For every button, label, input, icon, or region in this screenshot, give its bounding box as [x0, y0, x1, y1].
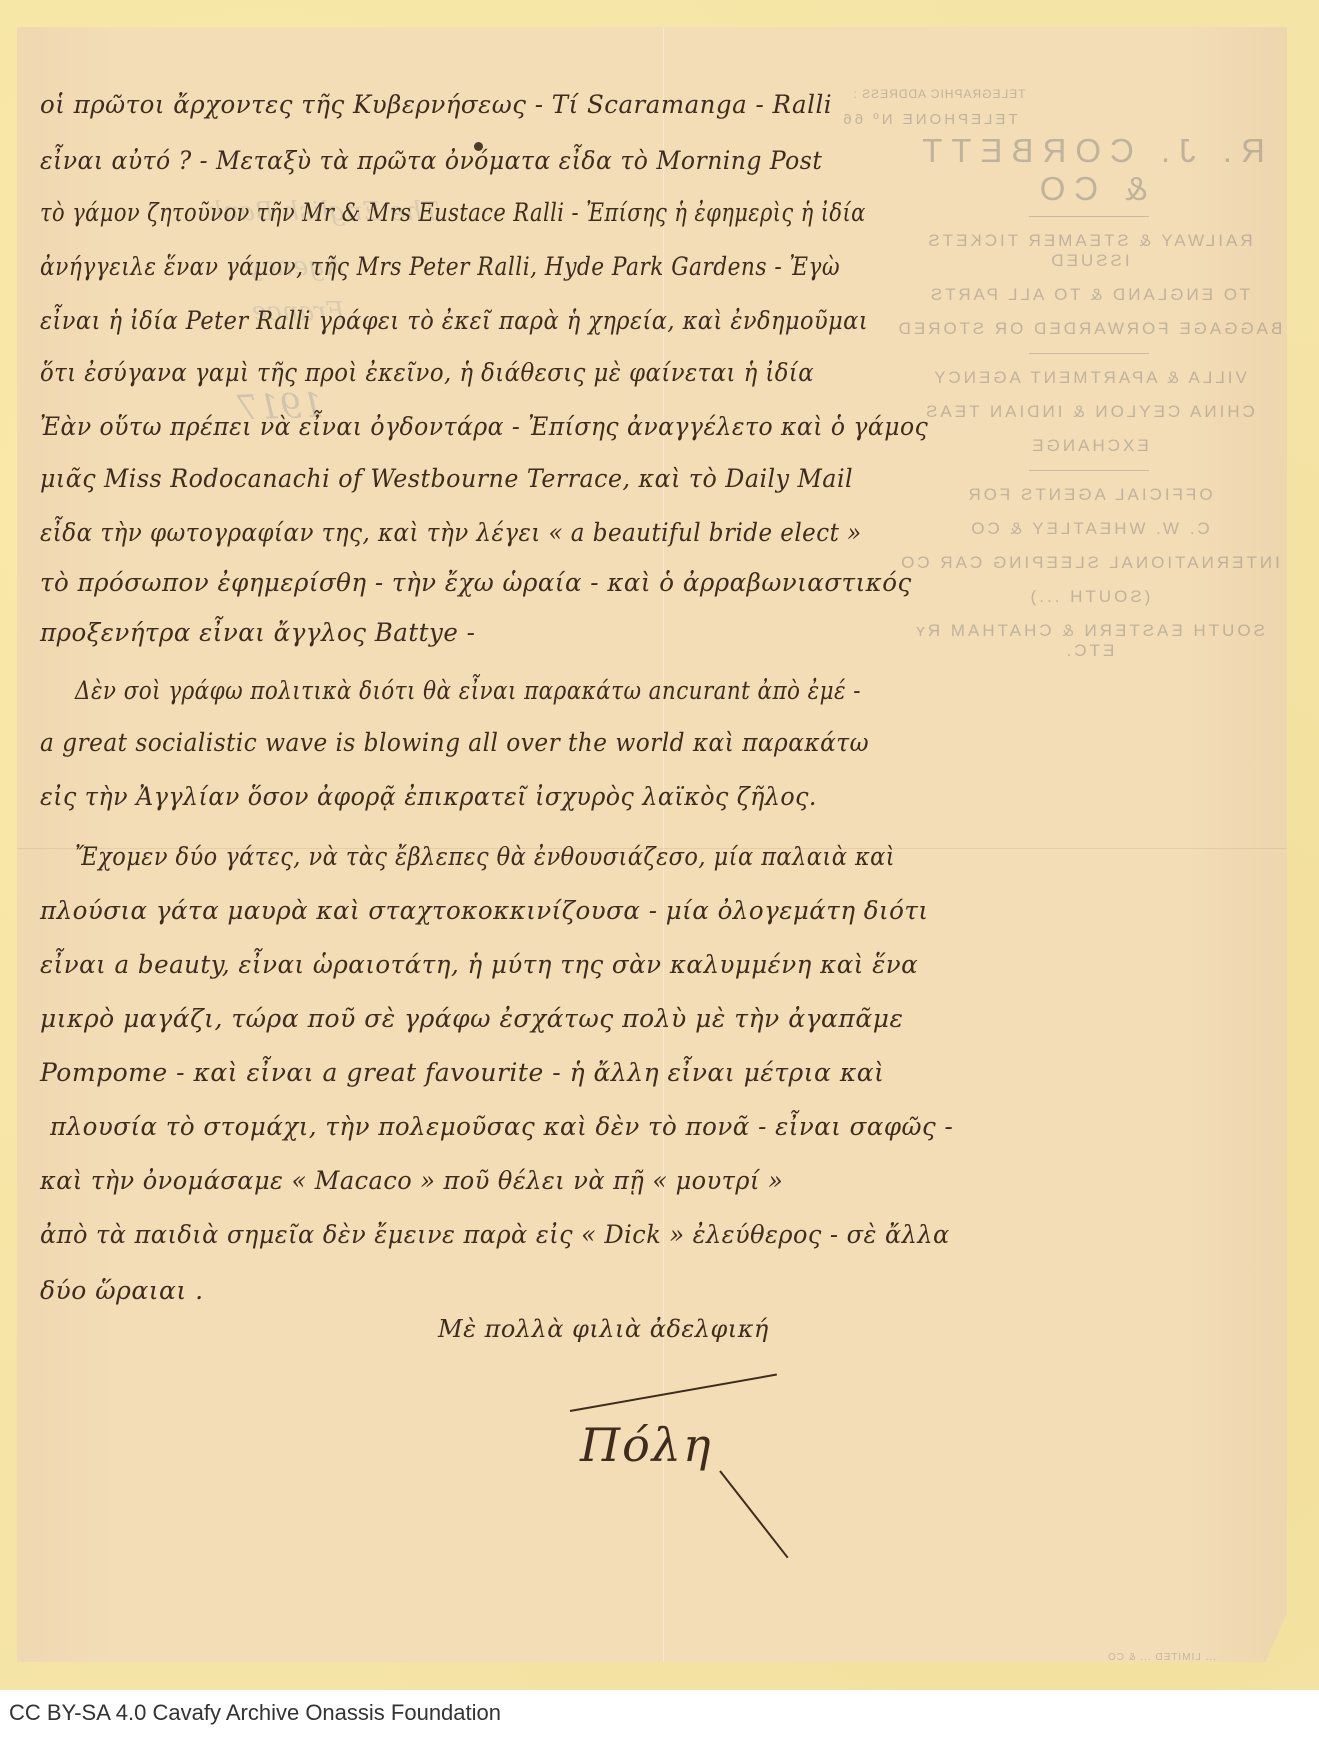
letter-line: εἶδα τὴν φωτογραφίαν της, καὶ τὴν λέγει … [40, 518, 862, 547]
letter-line: οἱ πρῶτοι ἄρχοντες τῆς Κυβερνήσεως - Τί … [40, 90, 832, 119]
letter-line: ὅτι ἐσύγανα γαμὶ τῆς προὶ ἐκεῖνο, ἡ διάθ… [40, 358, 814, 387]
letter-line: εἰς τὴν Ἀγγλίαν ὅσον ἀφορᾷ ἐπικρατεῖ ἰσχ… [40, 782, 817, 811]
letter-line: εἶναι αὐτό ? - Μεταξὺ τὰ πρῶτα ὀνόματα ε… [40, 146, 822, 175]
handwritten-body: οἱ πρῶτοι ἄρχοντες τῆς Κυβερνήσεως - Τί … [0, 0, 1319, 1740]
letter-line: πλουσία τὸ στομάχι, τὴν πολεμοῦσας καὶ δ… [50, 1112, 953, 1141]
signature: Πόλη [580, 1418, 713, 1472]
letter-line: Pompome - καὶ εἶναι a great favourite - … [40, 1058, 884, 1087]
letter-line: εἶναι ἡ ἰδία Peter Ralli γράφει τὸ ἐκεῖ … [40, 306, 868, 335]
letter-line: πλούσια γάτα μαυρὰ καὶ σταχτοκοκκινίζουσ… [40, 896, 928, 925]
letter-line: a great socialistic wave is blowing all … [40, 728, 869, 757]
letter-line: δύο ὥραιαι . [40, 1276, 204, 1305]
letter-line: καὶ τὴν ὀνομάσαμε « Macaco » ποῦ θέλει ν… [40, 1166, 783, 1195]
signature-tail [719, 1470, 788, 1558]
letter-line: Ἐὰν οὕτω πρέπει νὰ εἶναι ὀγδοντάρα - Ἐπί… [40, 412, 928, 441]
license-credit: CC BY-SA 4.0 Cavafy Archive Onassis Foun… [9, 1700, 501, 1726]
signature-flourish [570, 1374, 777, 1412]
letter-line: μιᾶς Miss Rodocanachi of Westbourne Terr… [40, 464, 853, 493]
letter-closing: Μὲ πολλὰ φιλιὰ ἀδελφική [438, 1315, 769, 1343]
letter-line: εἶναι a beauty, εἶναι ὡραιοτάτη, ἡ μύτη … [40, 950, 918, 979]
letter-line: ἀνήγγειλε ἕναν γάμον, τῆς Mrs Peter Rall… [40, 252, 840, 281]
letter-line: Ἔχομεν δύο γάτες, νὰ τὰς ἔβλεπες θὰ ἐνθο… [75, 842, 895, 871]
letter-line: προξενήτρα εἶναι ἄγγλος Battye - [40, 618, 475, 647]
letter-line: μικρὸ μαγάζι, τώρα ποῦ σὲ γράφω ἐσχάτως … [40, 1004, 903, 1033]
letter-line: τὸ γάμον ζητοῦνον τῆν Mr & Mrs Eustace R… [40, 198, 866, 227]
letter-line: τὸ πρόσωπον ἐφημερίσθη - τὴν ἔχω ὡραία -… [40, 568, 912, 597]
letter-line: ἀπὸ τὰ παιδιὰ σημεῖα δὲν ἔμεινε παρὰ εἰς… [40, 1220, 950, 1249]
letter-line: Δὲν σοὶ γράφω πολιτικὰ διότι θὰ εἶναι πα… [75, 676, 861, 705]
